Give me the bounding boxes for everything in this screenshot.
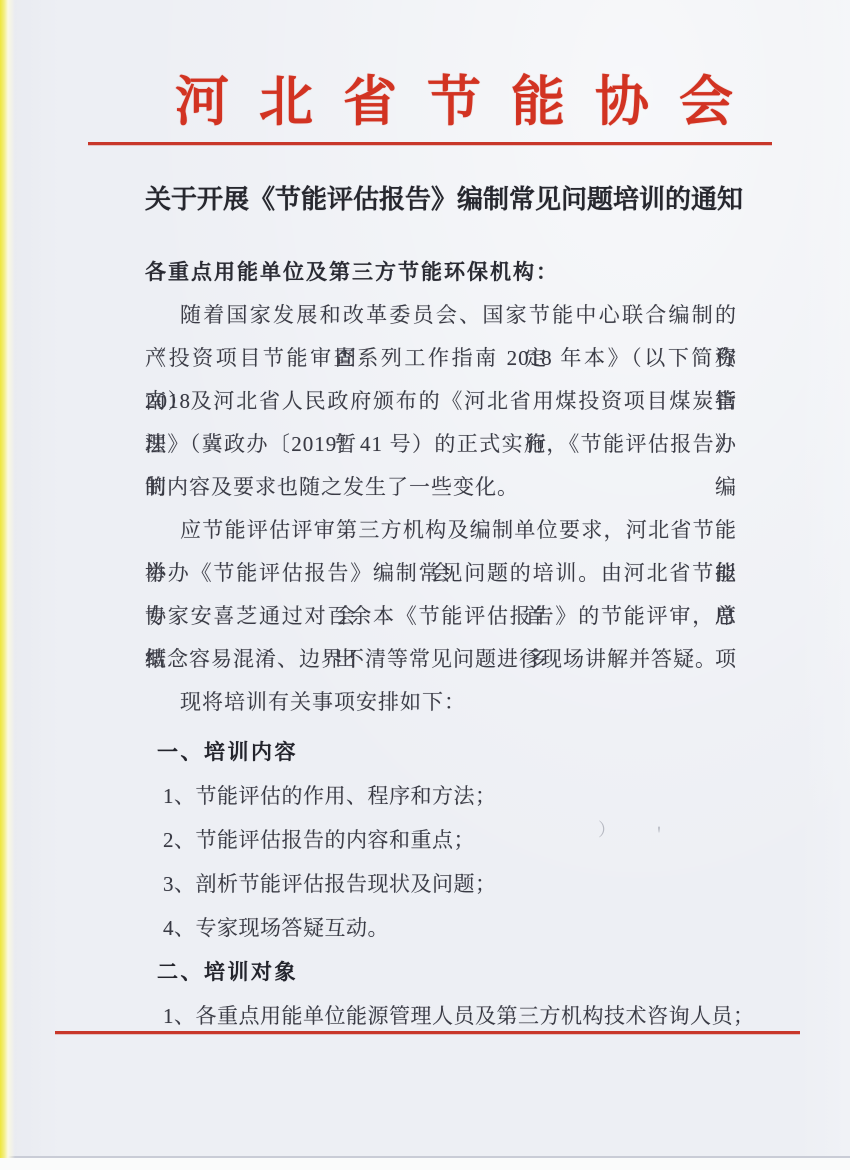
body-line: 应节能评估评审第三方机构及编制单位要求，河北省节能协会拟 [145, 509, 737, 552]
scan-artifact-mark: ） [598, 816, 616, 842]
body-line: 法》（冀政办〔2019〕41 号）的正式实施，《节能评估报告》的编 [145, 423, 737, 466]
scanner-edge-strip [0, 0, 15, 1158]
section-heading: 一、培训内容 [157, 730, 737, 774]
list-item: 3、剖析节能评估报告现状及问题； [163, 862, 737, 906]
paragraph-1: 随着国家发展和改革委员会、国家节能中心联合编制的《固定资 产投资项目节能审查系列… [145, 294, 737, 509]
letterhead-org-name: 河北省节能协会 [145, 74, 737, 130]
section-training-content: 一、培训内容 1、节能评估的作用、程序和方法； 2、节能评估报告的内容和重点； … [145, 730, 737, 950]
body-line: 随着国家发展和改革委员会、国家节能中心联合编制的《固定资 [145, 294, 737, 337]
salutation-line: 各重点用能单位及第三方节能环保机构： [145, 251, 737, 294]
section-heading: 二、培训对象 [157, 950, 737, 994]
letterhead-divider-rule [88, 142, 772, 145]
scan-artifact-mark: ＇ [650, 822, 674, 848]
list-item: 1、节能评估的作用、程序和方法； [163, 774, 737, 818]
body-line: 南）及河北省人民政府颁布的《河北省用煤投资项目煤炭管理暂行办 [145, 380, 737, 423]
body-line: 专家安喜芝通过对百余本《节能评估报告》的节能评审，总结出多项 [145, 595, 737, 638]
footer-divider-rule [55, 1031, 800, 1034]
paragraph-2: 应节能评估评审第三方机构及编制单位要求，河北省节能协会拟 举办《节能评估报告》编… [145, 509, 737, 681]
body-line: 概念容易混淆、边界不清等常见问题进行现场讲解并答疑。 [145, 638, 737, 681]
scanned-page: 河北省节能协会 关于开展《节能评估报告》编制常见问题培训的通知 各重点用能单位及… [0, 0, 850, 1170]
body-line: 产投资项目节能审查系列工作指南 2018 年本》（以下简称 2018 指 [145, 337, 737, 380]
body-line: 举办《节能评估报告》编制常见问题的培训。由河北省节能协会首席 [145, 552, 737, 595]
list-item: 4、专家现场答疑互动。 [163, 906, 737, 950]
paragraph-3: 现将培训有关事项安排如下： [145, 681, 737, 724]
section-training-audience: 二、培训对象 1、各重点用能单位能源管理人员及第三方机构技术咨询人员； [145, 950, 737, 1038]
document-page: 河北省节能协会 关于开展《节能评估报告》编制常见问题培训的通知 各重点用能单位及… [0, 0, 850, 1158]
document-title: 关于开展《节能评估报告》编制常见问题培训的通知 [145, 185, 737, 215]
